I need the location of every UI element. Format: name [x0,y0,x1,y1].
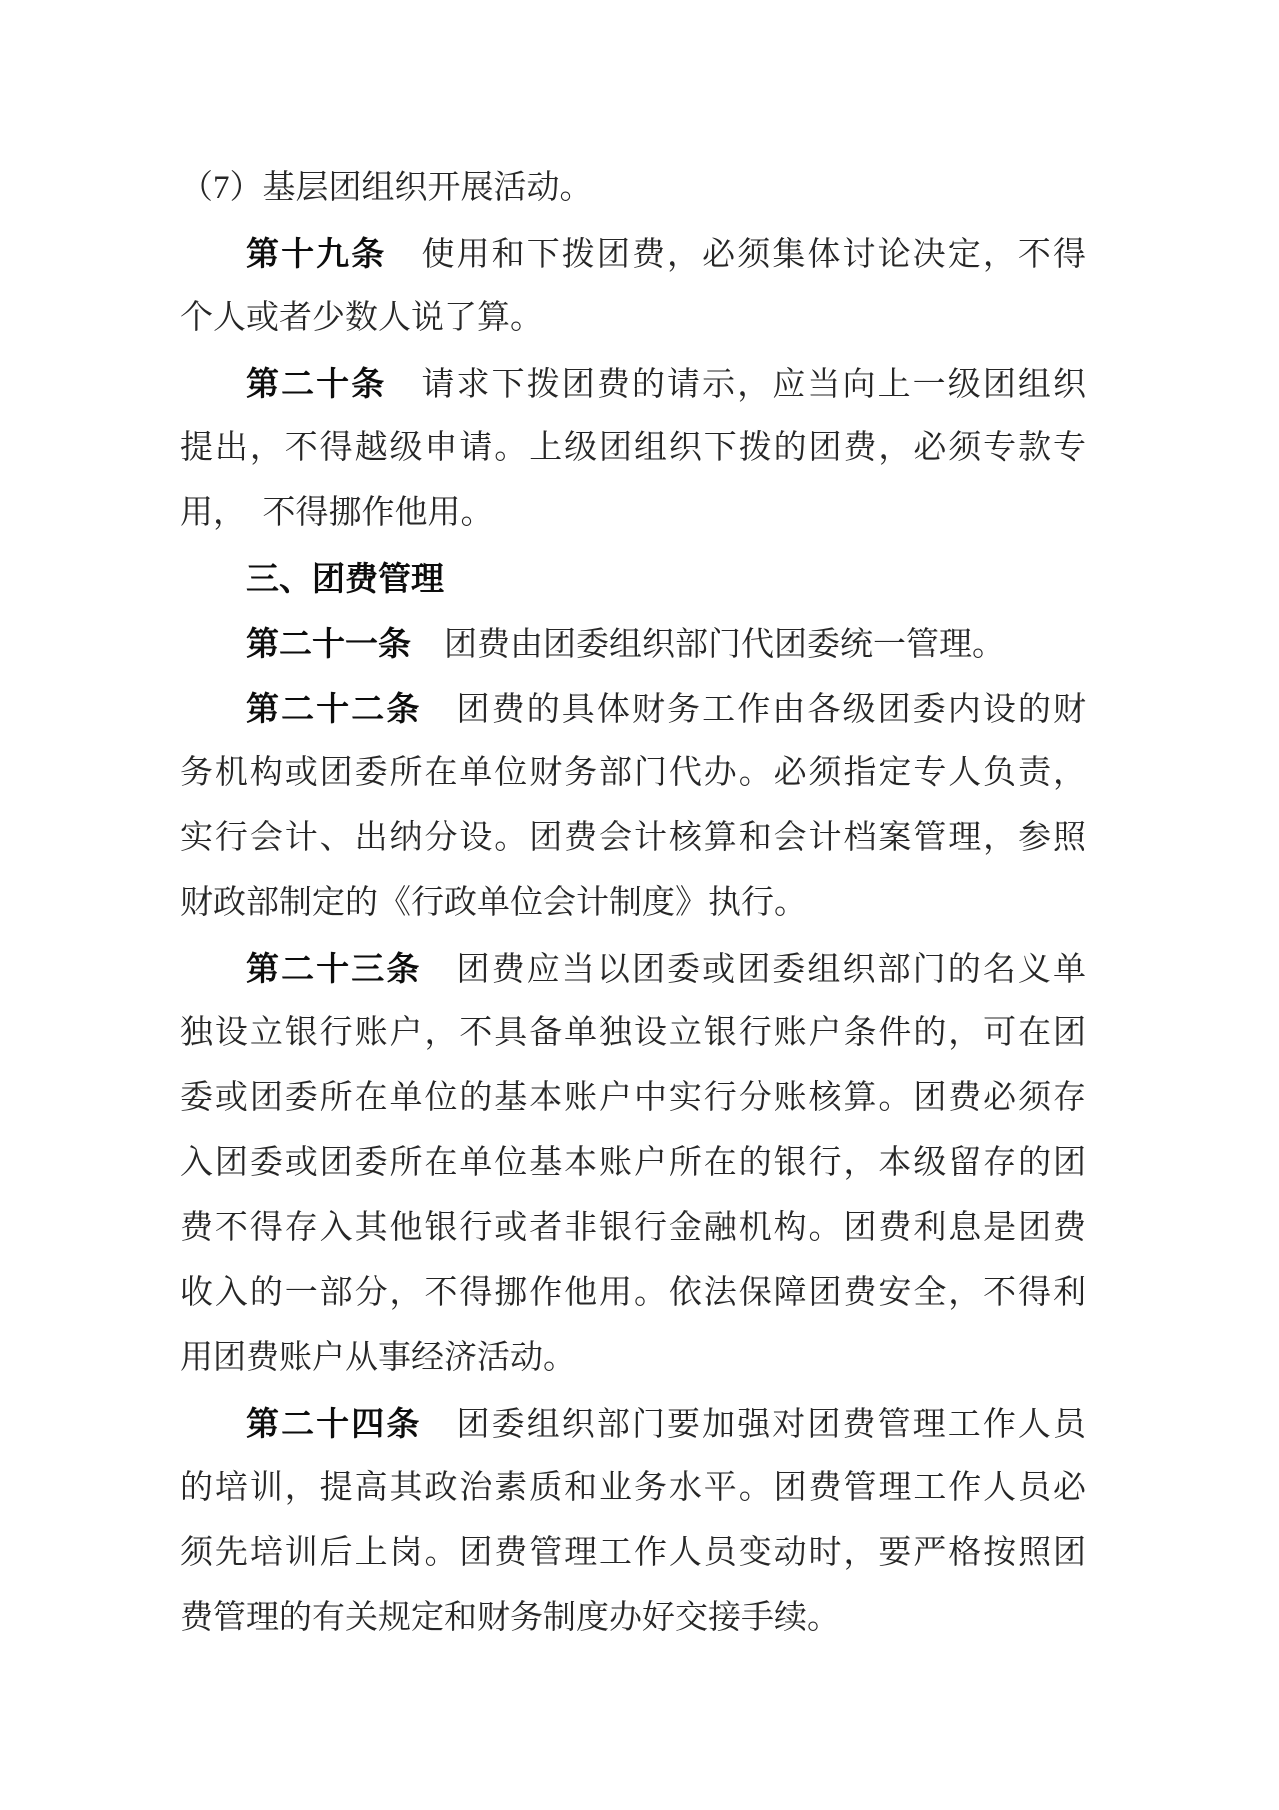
body-text: 团费由团委组织部门代团委统一管理。 [411,627,1005,663]
article-number-bold: 第十九条 [246,235,386,272]
article-20-line-2: 提出，不得越级申请。上级团组织下拨的团费，必须专款专 [180,416,1086,481]
section-3-heading-line-1: 三、团费管理 [180,546,1086,611]
article-number-bold: 第二十三条 [246,950,421,987]
article-22-line-3: 实行会计、出纳分设。团费会计核算和会计档案管理，参照 [180,806,1086,871]
article-23-line-5: 费不得存入其他银行或者非银行金融机构。团费利息是团费 [180,1196,1086,1261]
article-23-line-2: 独设立银行账户，不具备单独设立银行账户条件的，可在团 [180,1001,1086,1066]
article-number-bold: 第二十一条 [246,625,411,662]
body-text: 费管理的有关规定和财务制度办好交接手续。 [180,1600,840,1636]
body-text: 用团费账户从事经济活动。 [180,1340,576,1376]
article-23-line-3: 委或团委所在单位的基本账户中实行分账核算。团费必须存 [180,1066,1086,1131]
article-number-bold: 第二十四条 [246,1405,421,1442]
body-text: 团委组织部门要加强对团费管理工作人员 [421,1407,1086,1443]
body-text: 实行会计、出纳分设。团费会计核算和会计档案管理，参照 [180,820,1086,856]
body-text: 务机构或团委所在单位财务部门代办。必须指定专人负责， [180,755,1086,791]
body-text: 独设立银行账户，不具备单独设立银行账户条件的，可在团 [180,1015,1086,1051]
body-text: 费不得存入其他银行或者非银行金融机构。团费利息是团费 [180,1210,1086,1246]
body-text: 收入的一部分，不得挪作他用。依法保障团费安全，不得利 [180,1275,1086,1311]
article-24-line-4: 费管理的有关规定和财务制度办好交接手续。 [180,1586,1086,1651]
body-text: 用， 不得挪作他用。 [180,495,494,531]
body-text: 团费应当以团委或团委组织部门的名义单 [421,952,1086,988]
article-22-line-2: 务机构或团委所在单位财务部门代办。必须指定专人负责， [180,741,1086,806]
document-page: （7）基层团组织开展活动。第十九条 使用和下拨团费，必须集体讨论决定，不得个人或… [0,0,1279,1810]
body-text: 须先培训后上岗。团费管理工作人员变动时，要严格按照团 [180,1535,1086,1571]
article-23-line-6: 收入的一部分，不得挪作他用。依法保障团费安全，不得利 [180,1261,1086,1326]
article-19-line-2: 个人或者少数人说了算。 [180,286,1086,351]
body-text: 个人或者少数人说了算。 [180,300,543,336]
article-24-line-1: 第二十四条 团委组织部门要加强对团费管理工作人员 [180,1391,1086,1456]
article-23-line-1: 第二十三条 团费应当以团委或团委组织部门的名义单 [180,936,1086,1001]
article-19-line-1: 第十九条 使用和下拨团费，必须集体讨论决定，不得 [180,221,1086,286]
body-text: 财政部制定的《行政单位会计制度》执行。 [180,885,807,921]
article-23-line-4: 入团委或团委所在单位基本账户所在的银行，本级留存的团 [180,1131,1086,1196]
article-number-bold: 第二十条 [246,365,386,402]
article-20-line-1: 第二十条 请求下拨团费的请示，应当向上一级团组织 [180,351,1086,416]
body-text: 团费的具体财务工作由各级团委内设的财 [421,692,1086,728]
article-number-bold: 三、团费管理 [246,560,444,597]
body-text: 请求下拨团费的请示，应当向上一级团组织 [386,367,1086,403]
body-text: 提出，不得越级申请。上级团组织下拨的团费，必须专款专 [180,430,1086,466]
article-number-bold: 第二十二条 [246,690,421,727]
article-22-line-4: 财政部制定的《行政单位会计制度》执行。 [180,871,1086,936]
body-text: 使用和下拨团费，必须集体讨论决定，不得 [386,237,1086,273]
body-text: 入团委或团委所在单位基本账户所在的银行，本级留存的团 [180,1145,1086,1181]
document-body: （7）基层团组织开展活动。第十九条 使用和下拨团费，必须集体讨论决定，不得个人或… [180,156,1086,1651]
body-text: 的培训，提高其政治素质和业务水平。团费管理工作人员必 [180,1470,1086,1506]
list-item-7-line-1: （7）基层团组织开展活动。 [180,156,1086,221]
article-22-line-1: 第二十二条 团费的具体财务工作由各级团委内设的财 [180,676,1086,741]
article-23-line-7: 用团费账户从事经济活动。 [180,1326,1086,1391]
body-text: 委或团委所在单位的基本账户中实行分账核算。团费必须存 [180,1080,1086,1116]
body-text: （7）基层团组织开展活动。 [180,170,593,206]
article-24-line-3: 须先培训后上岗。团费管理工作人员变动时，要严格按照团 [180,1521,1086,1586]
article-24-line-2: 的培训，提高其政治素质和业务水平。团费管理工作人员必 [180,1456,1086,1521]
article-21-line-1: 第二十一条 团费由团委组织部门代团委统一管理。 [180,611,1086,676]
article-20-line-3: 用， 不得挪作他用。 [180,481,1086,546]
